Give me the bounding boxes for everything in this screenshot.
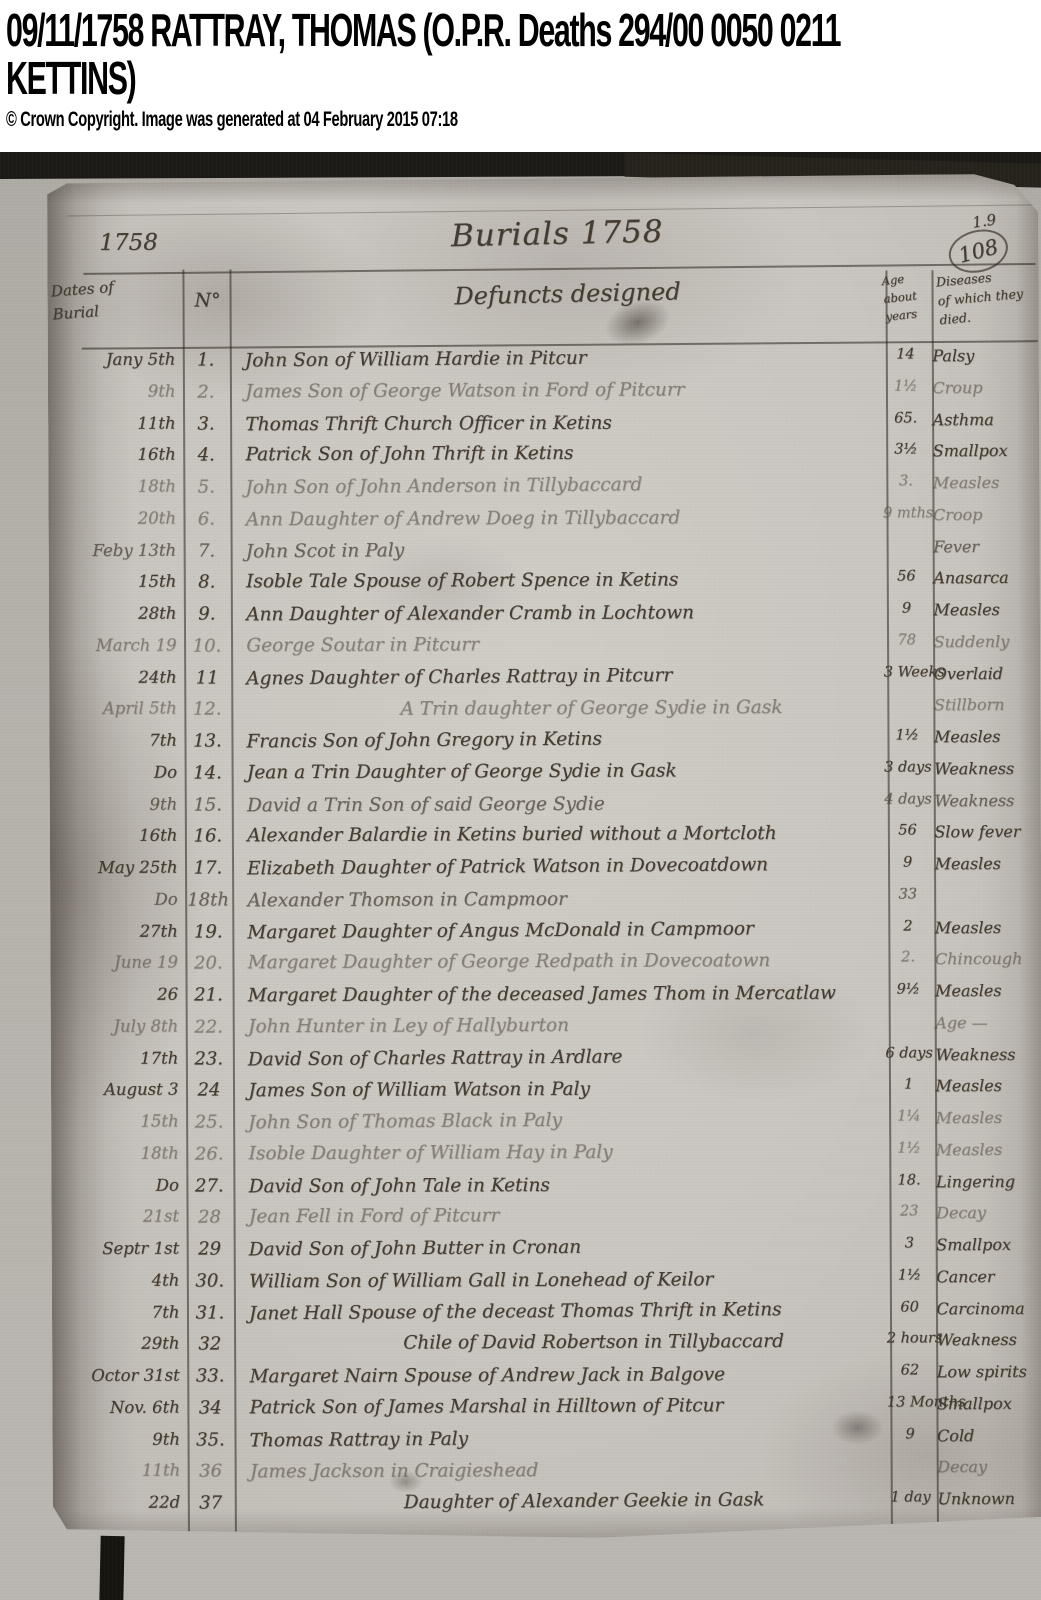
age-value: 3½ bbox=[883, 442, 929, 458]
burial-date: 26 bbox=[51, 985, 186, 1005]
defunct-designation: James Jackson in Craigieshead bbox=[234, 1459, 887, 1483]
entry-number: 5. bbox=[183, 476, 230, 497]
age-value: 4 days bbox=[884, 791, 930, 807]
disease-value: Measles bbox=[931, 917, 1041, 937]
disease-value: Smallpox bbox=[932, 1235, 1041, 1255]
table-row: 26 21. Margaret Daughter of the deceased… bbox=[51, 981, 1041, 1017]
disease-value: Suddenly bbox=[930, 632, 1041, 652]
table-row: Nov. 6th 34 Patrick Son of James Marshal… bbox=[52, 1394, 1041, 1430]
burial-date: 20th bbox=[48, 508, 183, 528]
table-row: 9th 35. Thomas Rattray in Paly 9 Cold bbox=[52, 1425, 1041, 1461]
defunct-designation: David a Trin Son of said George Sydie bbox=[231, 792, 884, 816]
burial-date: April 5th bbox=[49, 699, 183, 719]
age-value: 3. bbox=[883, 473, 929, 489]
table-row: Do 14. Jean a Trin Daughter of George Sy… bbox=[50, 759, 1041, 795]
burial-date: 7th bbox=[49, 731, 184, 751]
age-value: 1½ bbox=[884, 727, 930, 743]
table-row: 24th 11 Agnes Daughter of Charles Rattra… bbox=[49, 663, 1041, 699]
burial-date: March 19 bbox=[49, 635, 184, 655]
defunct-designation: John Son of William Hardie in Pitcur bbox=[229, 345, 883, 371]
burial-date: 24th bbox=[49, 667, 184, 687]
defunct-designation: William Son of William Gall in Lonehead … bbox=[233, 1268, 886, 1292]
entry-number: 16. bbox=[184, 826, 231, 847]
burial-date: 15th bbox=[51, 1112, 186, 1132]
age-value: 2 bbox=[885, 918, 931, 934]
table-row: 9th 15. David a Trin Son of said George … bbox=[50, 790, 1041, 826]
disease-value: Measles bbox=[931, 981, 1041, 1001]
age-value: 1¼ bbox=[886, 1108, 932, 1124]
age-value: 60 bbox=[887, 1299, 933, 1315]
defunct-designation: Patrick Son of James Marshal in Hilltown… bbox=[234, 1394, 887, 1418]
age-value: 3 bbox=[886, 1235, 932, 1251]
entry-number: 6. bbox=[183, 508, 230, 529]
burial-date: August 3 bbox=[51, 1080, 186, 1100]
burial-date: 9th bbox=[48, 381, 183, 401]
entry-number: 36 bbox=[187, 1461, 234, 1482]
defunct-designation: Ann Daughter of Andrew Doeg in Tillybacc… bbox=[230, 506, 883, 530]
table-row: 21st 28 Jean Fell in Ford of Pitcurr 23 … bbox=[52, 1203, 1041, 1239]
table-row: 20th 6. Ann Daughter of Andrew Doeg in T… bbox=[48, 505, 1041, 541]
defunct-designation: James Son of George Watson in Ford of Pi… bbox=[229, 378, 882, 402]
age-value: 6 days bbox=[885, 1045, 931, 1061]
burial-date: 18th bbox=[48, 477, 183, 497]
defunct-designation: Isoble Tale Spouse of Robert Spence in K… bbox=[230, 569, 883, 593]
defunct-designation: Agnes Daughter of Charles Rattray in Pit… bbox=[230, 663, 883, 689]
entry-number: 7. bbox=[183, 540, 230, 561]
burial-date: 11th bbox=[48, 413, 183, 433]
defunct-designation: Margaret Daughter of Angus McDonald in C… bbox=[232, 917, 886, 943]
disease-value: Cancer bbox=[932, 1267, 1041, 1287]
age-value: 2 hours bbox=[887, 1331, 933, 1347]
defunct-designation: Chile of David Robertson in Tillybaccard bbox=[233, 1331, 887, 1355]
disease-value: Fever bbox=[929, 536, 1041, 556]
entry-number: 22. bbox=[185, 1016, 232, 1037]
entry-number: 28 bbox=[186, 1207, 233, 1228]
entry-number: 24 bbox=[185, 1080, 232, 1101]
disease-value: Stillborn bbox=[930, 695, 1041, 715]
defunct-designation: David Son of John Tale in Ketins bbox=[233, 1173, 886, 1197]
disease-value: Unknown bbox=[933, 1489, 1041, 1509]
entry-number: 27. bbox=[186, 1175, 233, 1196]
age-value: 23 bbox=[886, 1204, 932, 1220]
defunct-designation: Patrick Son of John Thrift in Ketins bbox=[229, 442, 882, 466]
table-row: 28th 9. Ann Daughter of Alexander Cramb … bbox=[49, 600, 1041, 636]
age-value: 3 Weeks bbox=[884, 664, 930, 680]
burial-date: 15th bbox=[49, 572, 184, 592]
table-row: Feby 13th 7. John Scot in Paly Fever bbox=[49, 536, 1041, 572]
burial-date: Octor 31st bbox=[52, 1366, 187, 1386]
age-value: 65. bbox=[883, 410, 929, 426]
burial-date: Nov. 6th bbox=[52, 1397, 187, 1417]
disease-value: Weakness bbox=[933, 1330, 1041, 1350]
burial-date: 17th bbox=[51, 1048, 186, 1068]
disease-value: Weakness bbox=[930, 759, 1041, 779]
entry-number: 18th bbox=[185, 889, 232, 910]
disease-value: Measles bbox=[930, 727, 1041, 747]
disease-value: Cold bbox=[933, 1425, 1041, 1445]
entry-number: 9. bbox=[183, 603, 230, 624]
age-value: 9 bbox=[887, 1426, 933, 1442]
disease-value: Asthma bbox=[929, 409, 1041, 429]
page-title: Burials 1758 bbox=[347, 211, 768, 256]
burial-date: 9th bbox=[50, 794, 185, 814]
table-row: 15th 8. Isoble Tale Spouse of Robert Spe… bbox=[49, 568, 1041, 604]
table-row: Septr 1st 29 David Son of John Butter in… bbox=[52, 1235, 1041, 1271]
burial-date: 9th bbox=[52, 1429, 187, 1449]
burial-date: 11th bbox=[53, 1461, 188, 1481]
defunct-designation: Isoble Daughter of William Hay in Paly bbox=[233, 1140, 886, 1164]
age-value: 33 bbox=[885, 886, 931, 902]
table-row: 15th 25. John Son of Thomas Black in Pal… bbox=[51, 1108, 1041, 1144]
page-fold-line bbox=[67, 205, 1032, 217]
burial-date: 16th bbox=[50, 826, 185, 846]
table-row: 29th 32 Chile of David Robertson in Till… bbox=[52, 1330, 1041, 1366]
table-row: March 19 10. George Soutar in Pitcurr 78… bbox=[49, 632, 1041, 668]
disease-value: Lingering bbox=[932, 1171, 1041, 1191]
disease-value: Smallpox bbox=[933, 1394, 1041, 1414]
age-value: 9 bbox=[884, 600, 930, 616]
entry-number: 26. bbox=[186, 1143, 233, 1164]
disease-value: Smallpox bbox=[929, 441, 1041, 461]
table-row: Do 18th Alexander Thomson in Campmoor 33 bbox=[50, 886, 1041, 922]
age-value: 18. bbox=[886, 1172, 932, 1188]
disease-value: Decay bbox=[932, 1203, 1041, 1223]
entry-number: 10. bbox=[184, 635, 231, 656]
defunct-designation: James Son of William Watson in Paly bbox=[232, 1078, 885, 1102]
table-row: 11th 36 James Jackson in Craigieshead De… bbox=[53, 1457, 1041, 1493]
age-value: 1 day bbox=[888, 1489, 934, 1505]
burial-date: Do bbox=[50, 762, 185, 782]
age-value: 14 bbox=[882, 346, 928, 362]
disease-value: Measles bbox=[932, 1140, 1041, 1160]
table-row: 18th 5. John Son of John Anderson in Til… bbox=[48, 473, 1041, 509]
table-row: April 5th 12. A Trin daughter of George … bbox=[49, 695, 1041, 731]
entry-number: 37 bbox=[187, 1492, 234, 1513]
disease-value: Measles bbox=[932, 1108, 1041, 1128]
entry-number: 19. bbox=[185, 921, 232, 942]
age-value: 2. bbox=[885, 950, 931, 966]
column-header-designation: Defuncts designed bbox=[287, 274, 847, 314]
table-row: 16th 16. Alexander Balardie in Ketins bu… bbox=[50, 822, 1041, 858]
page-year: 1758 bbox=[99, 230, 158, 256]
table-row: 16th 4. Patrick Son of John Thrift in Ke… bbox=[48, 441, 1041, 477]
burial-date: 21st bbox=[52, 1207, 187, 1227]
entry-number: 31. bbox=[186, 1302, 233, 1323]
disease-value: Croop bbox=[929, 505, 1041, 525]
table-row: 4th 30. William Son of William Gall in L… bbox=[52, 1267, 1041, 1303]
table-row: August 3 24 James Son of William Watson … bbox=[51, 1076, 1041, 1112]
entry-number: 25. bbox=[186, 1111, 233, 1132]
defunct-designation: Thomas Rattray in Paly bbox=[234, 1425, 888, 1451]
age-value: 13 Months bbox=[887, 1394, 933, 1410]
record-title-line1: 09/11/1758 RATTRAY, THOMAS (O.P.R. Death… bbox=[6, 6, 840, 54]
table-row: 9th 2. James Son of George Watson in For… bbox=[48, 378, 1041, 414]
table-row: 27th 19. Margaret Daughter of Angus McDo… bbox=[50, 917, 1041, 953]
age-value: 1½ bbox=[886, 1267, 932, 1283]
entry-number: 32 bbox=[186, 1334, 233, 1355]
table-row: 18th 26. Isoble Daughter of William Hay … bbox=[51, 1140, 1041, 1176]
table-row: Octor 31st 33. Margaret Nairn Spouse of … bbox=[52, 1362, 1041, 1398]
defunct-designation: Jean Fell in Ford of Pitcurr bbox=[233, 1204, 886, 1228]
disease-value: Measles bbox=[931, 854, 1041, 874]
defunct-designation: Janet Hall Spouse of the deceast Thomas … bbox=[233, 1298, 887, 1324]
entry-number: 21. bbox=[185, 984, 232, 1005]
burial-date: 28th bbox=[49, 604, 184, 624]
column-header-number: N° bbox=[188, 289, 228, 311]
defunct-designation: Alexander Thomson in Campmoor bbox=[231, 887, 884, 911]
burial-date: 4th bbox=[52, 1270, 187, 1290]
burial-table: Jany 5th 1. John Son of William Hardie i… bbox=[48, 346, 1041, 1525]
age-value: 1½ bbox=[883, 378, 929, 394]
burial-date: Jany 5th bbox=[48, 350, 183, 370]
burial-date: May 25th bbox=[50, 858, 185, 878]
disease-value: Palsy bbox=[928, 346, 1041, 366]
defunct-designation: Ann Daughter of Alexander Cramb in Locht… bbox=[230, 602, 883, 626]
defunct-designation: Daughter of Alexander Geekie in Gask bbox=[234, 1488, 888, 1514]
table-row: 7th 13. Francis Son of John Gregory in K… bbox=[49, 727, 1041, 763]
burial-date: 22d bbox=[53, 1493, 187, 1513]
burial-date: 16th bbox=[48, 445, 183, 465]
book-tie-strap bbox=[99, 1536, 124, 1600]
entry-number: 12. bbox=[184, 699, 231, 720]
copyright-line: © Crown Copyright. Image was generated a… bbox=[6, 108, 458, 132]
register-scan-image: 1758 Burials 1758 1.9 108 Dates of Buria… bbox=[0, 152, 1041, 1600]
entry-number: 17. bbox=[184, 857, 231, 878]
disease-value: Overlaid bbox=[930, 663, 1041, 683]
defunct-designation: David Son of Charles Rattray in Ardlare bbox=[232, 1044, 885, 1070]
entry-number: 1. bbox=[182, 349, 229, 370]
table-row: 7th 31. Janet Hall Spouse of the deceast… bbox=[52, 1298, 1041, 1334]
defunct-designation: A Trin daughter of George Sydie in Gask bbox=[230, 697, 884, 721]
disease-value: Carcinoma bbox=[932, 1298, 1041, 1318]
record-title: 09/11/1758 RATTRAY, THOMAS (O.P.R. Death… bbox=[6, 6, 840, 103]
entry-number: 3. bbox=[183, 413, 230, 434]
record-header: 09/11/1758 RATTRAY, THOMAS (O.P.R. Death… bbox=[0, 0, 1041, 152]
burial-date: 29th bbox=[52, 1334, 186, 1354]
entry-number: 20. bbox=[185, 953, 232, 974]
entry-number: 8. bbox=[183, 572, 230, 593]
disease-value: Age — bbox=[931, 1013, 1041, 1033]
disease-value: Chincough bbox=[931, 949, 1041, 969]
disease-value: Anasarca bbox=[929, 568, 1041, 588]
defunct-designation: John Scot in Paly bbox=[230, 536, 884, 562]
age-value: 9½ bbox=[885, 981, 931, 997]
register-page: 1758 Burials 1758 1.9 108 Dates of Buria… bbox=[47, 174, 1041, 1540]
burial-date: Do bbox=[50, 889, 185, 909]
defunct-designation: David Son of John Butter in Cronan bbox=[233, 1234, 887, 1260]
defunct-designation: Margaret Nairn Spouse of Andrew Jack in … bbox=[234, 1364, 887, 1388]
age-value: 56 bbox=[883, 569, 929, 585]
table-row: Do 27. David Son of John Tale in Ketins … bbox=[51, 1171, 1041, 1207]
burial-date: July 8th bbox=[51, 1016, 186, 1036]
burial-date: June 19 bbox=[50, 953, 185, 973]
table-row: May 25th 17. Elizabeth Daughter of Patri… bbox=[50, 854, 1041, 890]
entry-number: 30. bbox=[186, 1270, 233, 1291]
disease-value: Measles bbox=[929, 600, 1041, 620]
age-value: 1½ bbox=[886, 1140, 932, 1156]
burial-date: Do bbox=[51, 1175, 186, 1195]
age-value: 9 mths bbox=[883, 505, 929, 521]
burial-date: Septr 1st bbox=[52, 1239, 187, 1259]
disease-value: Weakness bbox=[930, 790, 1041, 810]
column-header-disease: Diseases of which they died. bbox=[935, 263, 1041, 330]
table-row: 22d 37 Daughter of Alexander Geekie in G… bbox=[53, 1489, 1041, 1525]
entry-number: 2. bbox=[182, 381, 229, 402]
entry-number: 4. bbox=[183, 445, 230, 466]
table-row: Jany 5th 1. John Son of William Hardie i… bbox=[48, 346, 1041, 382]
age-value: 1 bbox=[886, 1077, 932, 1093]
record-title-line2: KETTINS) bbox=[6, 54, 840, 102]
column-header-age: Age about years bbox=[881, 268, 935, 326]
entry-number: 34 bbox=[187, 1397, 234, 1418]
age-value: 9 bbox=[885, 854, 931, 870]
disease-value: Measles bbox=[929, 473, 1041, 493]
entry-number: 13. bbox=[184, 730, 231, 751]
burial-date: Feby 13th bbox=[49, 540, 184, 560]
table-row: June 19 20. Margaret Daughter of George … bbox=[50, 949, 1041, 985]
age-value: 78 bbox=[884, 632, 930, 648]
burial-date: 7th bbox=[52, 1302, 187, 1322]
column-header-date: Dates of Burial bbox=[50, 271, 179, 325]
defunct-designation: Margaret Daughter of George Redpath in D… bbox=[232, 950, 885, 974]
entry-number: 11 bbox=[184, 667, 231, 688]
entry-number: 35. bbox=[187, 1429, 234, 1450]
defunct-designation: Alexander Balardie in Ketins buried with… bbox=[231, 823, 884, 847]
disease-value bbox=[931, 886, 1041, 887]
disease-value: Measles bbox=[931, 1076, 1041, 1096]
entry-number: 14. bbox=[184, 762, 231, 783]
entry-number: 33. bbox=[187, 1365, 234, 1386]
defunct-designation: John Hunter in Ley of Hallyburton bbox=[232, 1013, 885, 1037]
age-value: 56 bbox=[885, 823, 931, 839]
disease-value: Weakness bbox=[931, 1044, 1041, 1064]
table-row: 17th 23. David Son of Charles Rattray in… bbox=[51, 1044, 1041, 1080]
defunct-designation: Thomas Thrift Church Officer in Ketins bbox=[229, 411, 882, 435]
disease-value: Low spirits bbox=[933, 1362, 1041, 1382]
defunct-designation: Elizabeth Daughter of Patrick Watson in … bbox=[231, 853, 885, 879]
disease-value: Decay bbox=[933, 1457, 1041, 1477]
entry-number: 23. bbox=[185, 1048, 232, 1069]
defunct-designation: John Son of John Anderson in Tillybaccar… bbox=[230, 472, 884, 498]
burial-date: 18th bbox=[51, 1143, 186, 1163]
entry-number: 29 bbox=[186, 1238, 233, 1259]
age-value: 62 bbox=[887, 1362, 933, 1378]
disease-value: Croup bbox=[928, 378, 1041, 398]
age-value: 3 days bbox=[884, 759, 930, 775]
disease-value: Slow fever bbox=[930, 822, 1041, 842]
defunct-designation: Margaret Daughter of the deceased James … bbox=[232, 983, 885, 1007]
table-row: 11th 3. Thomas Thrift Church Officer in … bbox=[48, 409, 1041, 445]
defunct-designation: George Soutar in Pitcurr bbox=[230, 632, 883, 656]
entry-number: 15. bbox=[184, 794, 231, 815]
defunct-designation: John Son of Thomas Black in Paly bbox=[232, 1107, 886, 1133]
burial-date: 27th bbox=[50, 921, 185, 941]
defunct-designation: Jean a Trin Daughter of George Sydie in … bbox=[231, 759, 884, 783]
defunct-designation: Francis Son of John Gregory in Ketins bbox=[231, 726, 885, 752]
table-row: July 8th 22. John Hunter in Ley of Hally… bbox=[51, 1013, 1041, 1049]
